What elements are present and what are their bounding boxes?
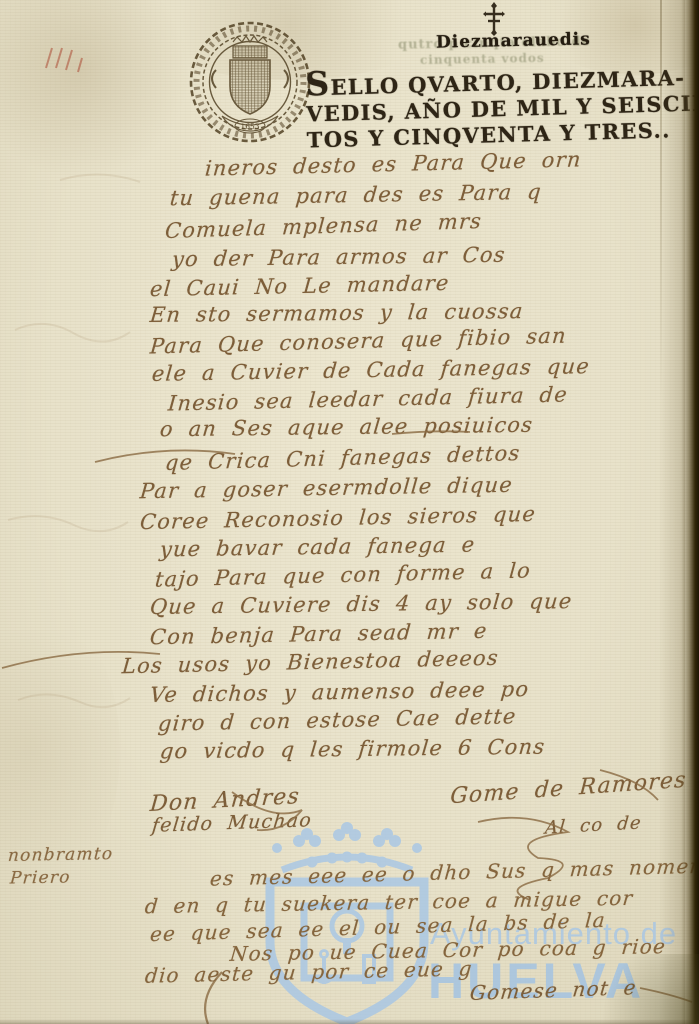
handwritten-line: Que a Cuviere dis 4 ay solo que: [149, 589, 574, 619]
ink-bleedthrough: [8, 516, 128, 531]
handwritten-line: Los usos yo Bienestoa deeeos: [121, 646, 500, 679]
handwritten-line: Con benja Para sead mr e: [149, 619, 489, 650]
handwritten-line: giro d con estose Cae dette: [157, 704, 518, 736]
handwritten-line: el Caui No Le mandare: [149, 271, 451, 301]
ink-bleedthrough: [15, 324, 130, 342]
printed-seal-header: SELLO QVARTO, DIEZMARA- VEDIS, AÑO DE MI…: [305, 61, 699, 154]
handwritten-line: Ve dichos y aumenso deee po: [149, 677, 530, 707]
page-binding-edge: [681, 0, 699, 1024]
handwritten-line: ele a Cuvier de Cada fanegas que: [151, 354, 591, 386]
handwritten-line: yo der Para armos ar Cos: [171, 243, 507, 272]
footer-line: dio aeste gu por ce eue g: [144, 956, 474, 987]
handwritten-line: Inesio sea leedar cada fiura de: [167, 382, 569, 415]
handwritten-line: ineros desto es Para Que orn: [204, 147, 583, 180]
stamp-duty-label: Diezmarauedis: [436, 29, 591, 52]
margin-note-line: Priero: [9, 867, 71, 888]
paper-stain: [0, 0, 190, 180]
signature-left-surname: felido Muchao: [151, 809, 313, 837]
ink-bleedthrough: [18, 694, 130, 707]
handwritten-line: yue bavar cada fanega e: [159, 533, 476, 562]
signature-right-sub: Al co de: [544, 812, 643, 838]
handwritten-line: Para Que conosera que fibio san: [149, 324, 568, 359]
margin-note-line: nonbramto: [7, 844, 114, 866]
handwritten-line: Comuela mplensa ne mrs: [164, 209, 483, 243]
seal-year: 1653: [240, 122, 259, 131]
manuscript-page: 1653 qutro p cinqta elabo de cinquenta v…: [0, 0, 699, 1024]
handwritten-line: go vicdo q les firmole 6 Cons: [159, 735, 547, 764]
handwritten-line: o an Ses aque alee posiuicos: [159, 413, 534, 442]
signature-right-name: Gome de Ramores: [449, 768, 687, 810]
ink-bleedthrough: [60, 174, 140, 182]
handwritten-line: tu guena para des es Para q: [169, 180, 543, 211]
handwritten-line: En sto sermamos y la cuossa: [149, 299, 525, 327]
page-bottom-edge: [0, 1019, 699, 1024]
handwritten-line: Coree Reconosio los sieros que: [139, 502, 537, 534]
handwritten-line: tajo Para que con forme a lo: [154, 558, 532, 591]
page-corner-shadow: [579, 954, 699, 1024]
royal-seal-stamp: 1653: [186, 18, 314, 148]
red-archive-mark: [38, 40, 98, 80]
handwritten-line: qe Crica Cni fanegas dettos: [164, 441, 521, 475]
handwritten-line: Par a goser esermdolle dique: [139, 473, 514, 504]
